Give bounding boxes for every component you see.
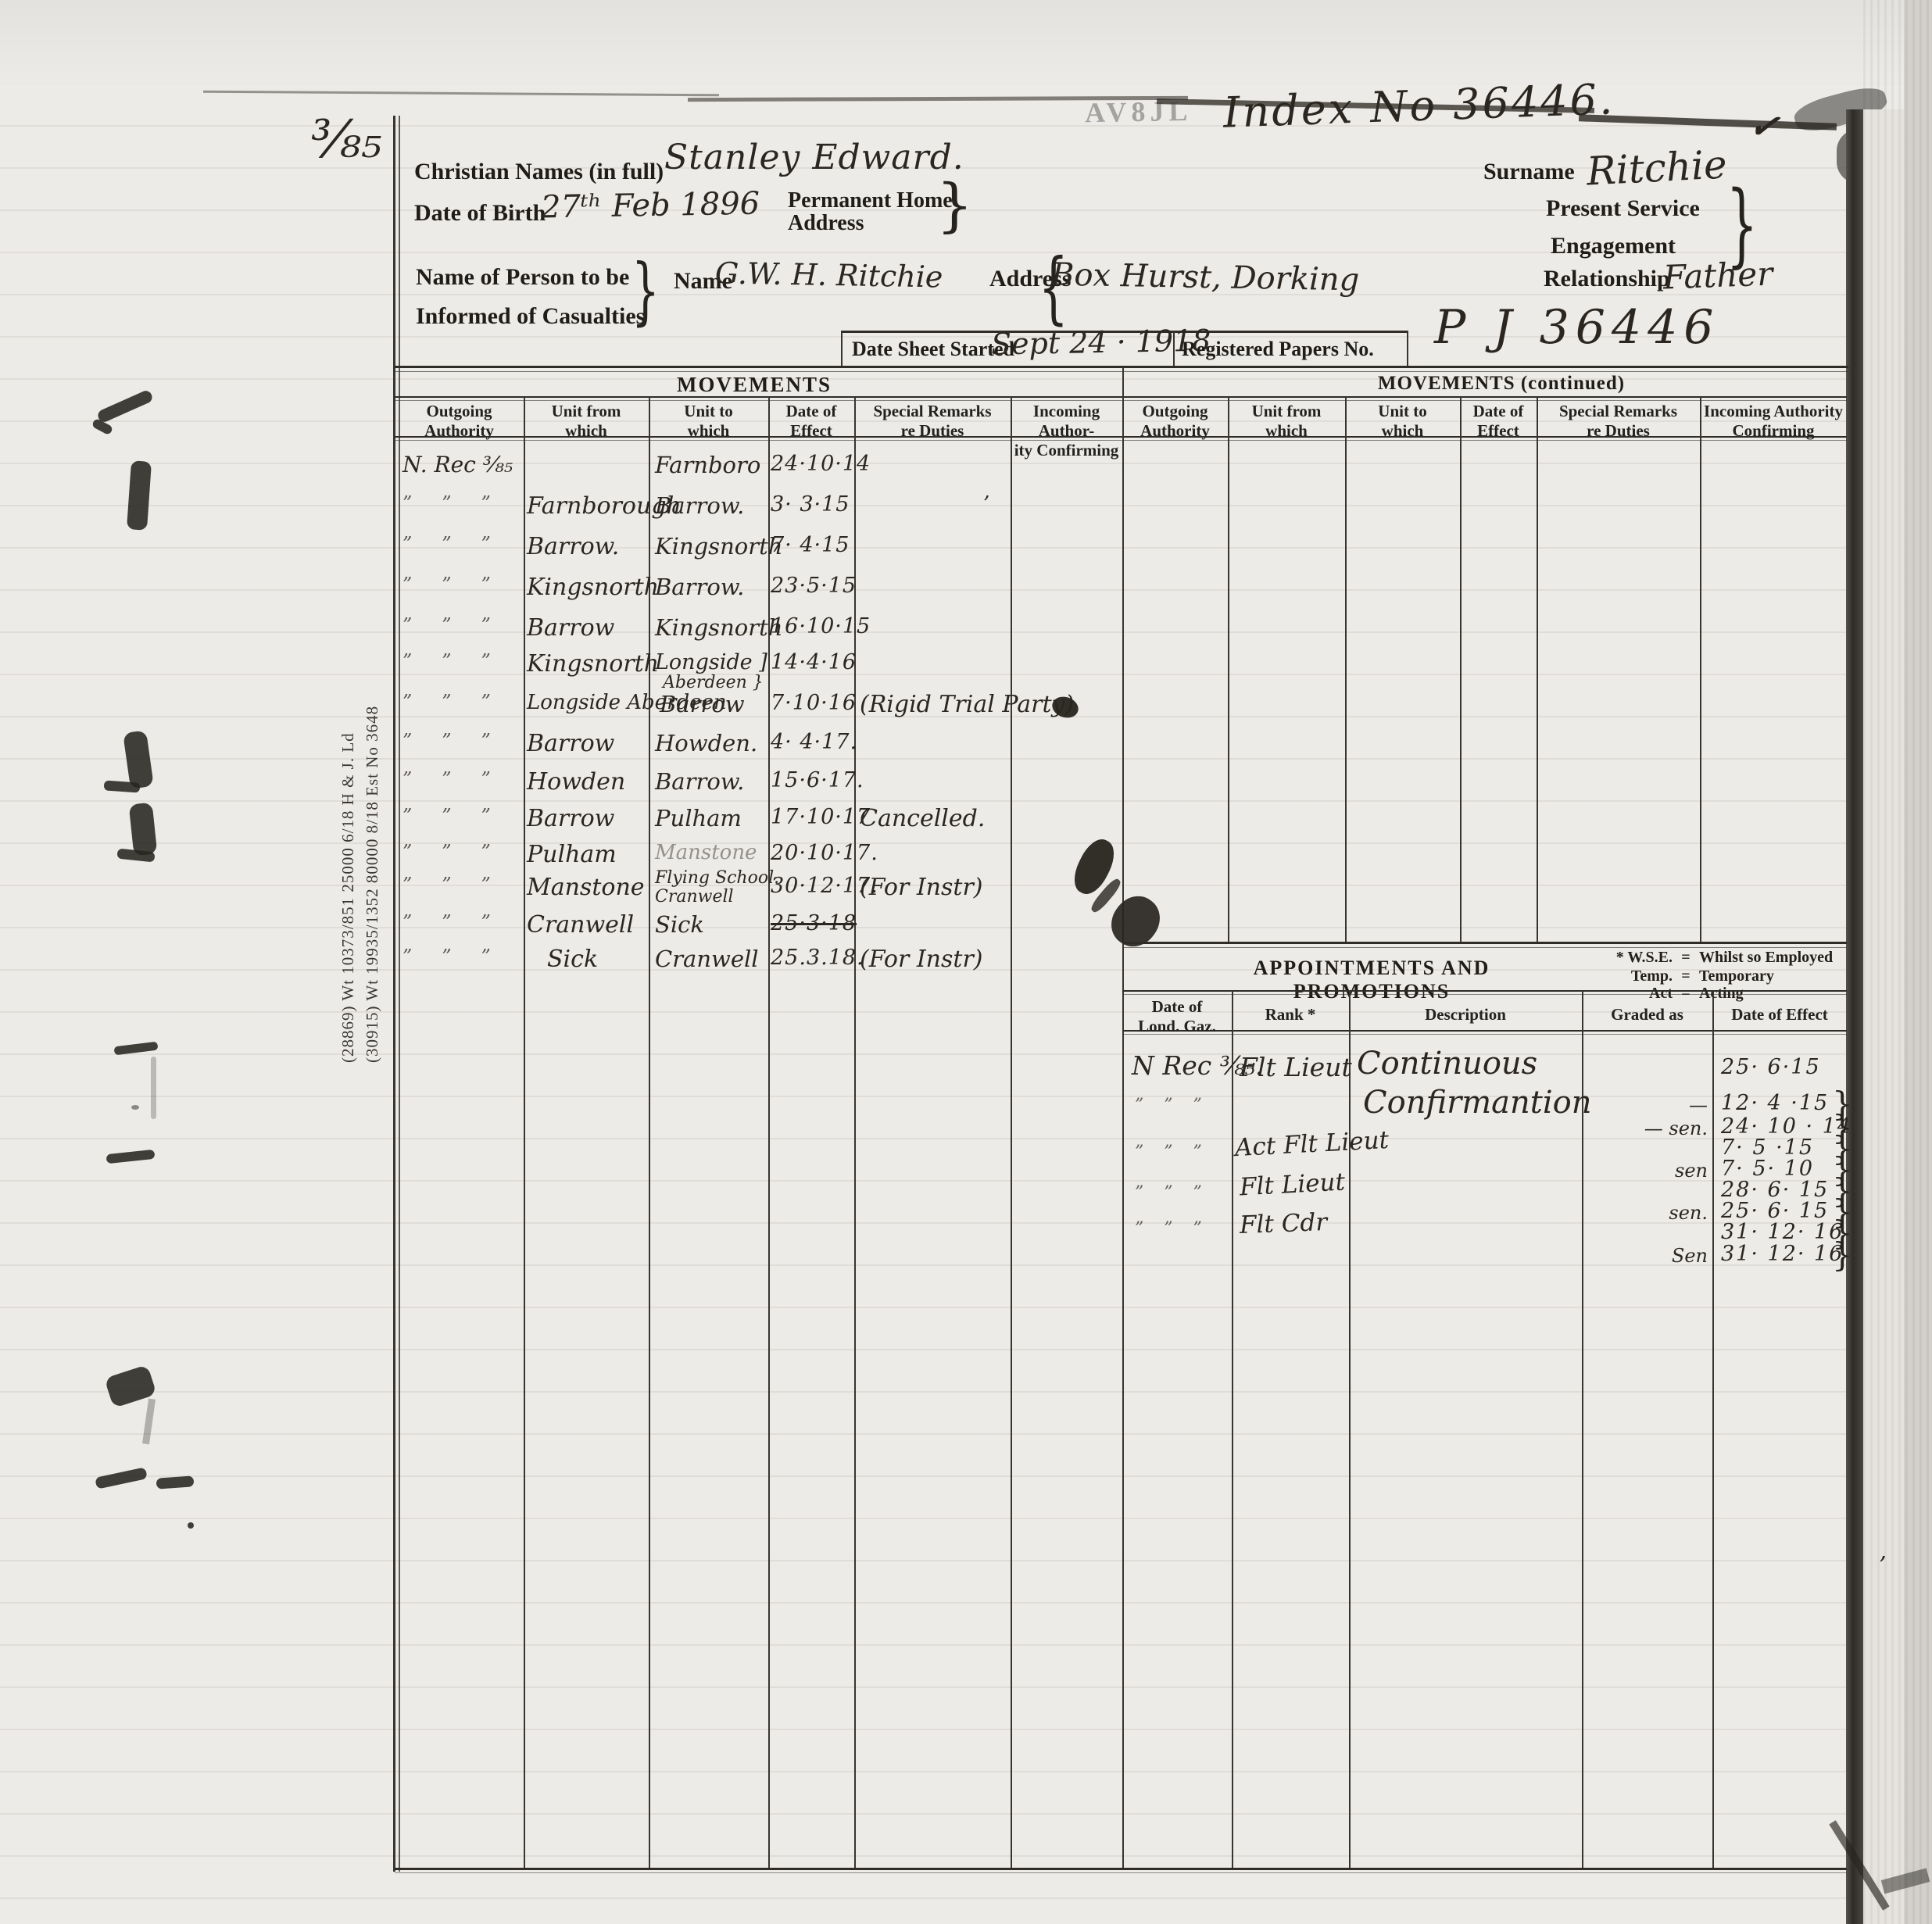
date-sheet-box-left <box>841 331 843 366</box>
printers-imprint-line1: (28869) Wt 10373/851 25000 6/18 H & J. L… <box>336 672 360 1063</box>
table-row: ””” Barrow. Kingsnorth 7· 4·15 <box>0 533 1141 575</box>
table-row: ””” Sick Cranwell 25.3.18. (For Instr) <box>0 946 1141 988</box>
date-of-birth-value: 27ᵗʰ Feb 1896 <box>541 186 760 226</box>
ref-fraction: ³⁄₈₅ <box>311 109 381 170</box>
date-sheet-box-right <box>1407 331 1408 366</box>
header-band-top <box>395 396 1847 398</box>
binding-strip-dark <box>1846 109 1863 1924</box>
date-of-birth-label: Date of Birth <box>414 200 546 227</box>
col-header: OutgoingAuthority <box>395 402 524 441</box>
checkmark-icon: ✓ <box>1746 103 1782 149</box>
left-double-rule-a <box>393 116 395 1872</box>
tables-top-rule <box>395 366 1848 368</box>
col-header: Date ofEffect <box>768 402 854 441</box>
binder-mark <box>156 1475 195 1489</box>
binder-mark <box>96 389 154 424</box>
relationship-label: Relationship <box>1544 266 1670 292</box>
table-row: ””” Kingsnorth Longside ] Aberdeen } 14·… <box>0 650 1141 692</box>
col-line <box>1537 397 1538 942</box>
table-row: ””” Manstone Flying School. Cranwell 30·… <box>0 874 1141 916</box>
table-row: ””” Barrow Howden. 4· 4·17. <box>0 730 1141 772</box>
header-band-top-thin <box>395 400 1847 401</box>
surname-label: Surname <box>1483 159 1575 185</box>
col-header: Unit fromwhich <box>1228 402 1345 441</box>
nok-name-value: G.W. H. Ritchie <box>715 256 943 294</box>
binding-texture <box>1863 0 1932 1924</box>
torn-edge-line <box>203 91 719 97</box>
appointments-top-rule-thin <box>1122 947 1847 948</box>
col-header: Unit towhich <box>1345 402 1460 441</box>
col-line <box>1345 397 1347 942</box>
casualties-label-line1: Name of Person to be <box>416 264 629 291</box>
col-header: Rank * <box>1232 1005 1349 1025</box>
col-header: Incoming AuthorityConfirming <box>1700 402 1847 441</box>
col-header: Graded as <box>1582 1005 1712 1025</box>
faint-stamp: AV8JL <box>1085 95 1193 129</box>
torn-top-band <box>0 0 1932 88</box>
col-header: Special Remarksre Duties <box>1537 402 1700 441</box>
promotion-date-row: Sen31· 12· 16} <box>0 1242 1848 1270</box>
tables-bottom-rule <box>395 1868 1847 1870</box>
col-line <box>1228 397 1229 942</box>
binder-mark <box>114 1042 159 1056</box>
col-header: Date of Effect <box>1712 1005 1847 1025</box>
surname-value: Ritchie <box>1586 141 1728 194</box>
registered-papers-label: Registered Papers No. <box>1182 338 1374 361</box>
appointments-title: APPOINTMENTS AND PROMOTIONS <box>1219 957 1524 1003</box>
left-double-rule-b <box>399 116 400 1872</box>
record-sheet-page: ’ ³⁄₈₅ Index No 36446. AV8JL ✓ Christian… <box>0 0 1932 1924</box>
col-header: Date ofEffect <box>1460 402 1537 441</box>
table-row: ””” Howden Barrow. 15·6·17. <box>0 768 1141 810</box>
permanent-home-address-label: Address <box>788 211 864 236</box>
binder-mark <box>142 1399 156 1445</box>
movements-continued-title: MOVEMENTS (continued) <box>1372 373 1630 395</box>
permanent-home-brace: } <box>936 177 973 234</box>
date-sheet-value: Sept 24 · 1918 <box>991 324 1211 362</box>
appointments-top-rule <box>1122 942 1847 944</box>
christian-names-label: Christian Names (in full) <box>414 159 664 185</box>
legend-row: * W.S.E.=Whilst so Employed <box>1555 949 1833 967</box>
col-header: Unit fromwhich <box>524 402 649 441</box>
registered-papers-value: P J 36446 <box>1434 300 1719 355</box>
stray-apostrophe: ’ <box>1879 1552 1887 1579</box>
binder-mark <box>95 1467 148 1489</box>
legend-row: Temp.=Temporary <box>1555 967 1774 985</box>
date-sheet-label: Date Sheet Started <box>852 338 1014 361</box>
casualties-brace: } <box>631 255 660 328</box>
col-line <box>1700 397 1701 942</box>
table-row: ””” Kingsnorth Barrow. 23·5·15 <box>0 574 1141 616</box>
tables-bottom-rule-thin <box>395 1872 1847 1873</box>
printers-imprint-line2: (30915) Wt 19935/1352 80000 8/18 Est No … <box>360 672 385 1063</box>
relationship-value: Father <box>1662 255 1773 297</box>
nok-address-value: Box Hurst, Dorking <box>1051 257 1360 299</box>
col-header: Description <box>1349 1005 1582 1025</box>
movements-title: MOVEMENTS <box>655 373 853 397</box>
col-line <box>1460 397 1462 942</box>
table-row: ””” Farnborough Barrow. 3· 3·15 ’ <box>0 492 1141 535</box>
engagement-label: Engagement <box>1551 233 1676 259</box>
permanent-home-label: Permanent Home <box>788 188 953 213</box>
col-header: Unit towhich <box>649 402 768 441</box>
table-row: N. Rec ³⁄₈₅ Farnboro 24·10·14 <box>0 452 1141 494</box>
present-service-label: Present Service <box>1546 195 1700 222</box>
binder-mark <box>188 1522 194 1529</box>
col-header: Date ofLond. Gaz. <box>1122 997 1232 1036</box>
tables-top-rule-thin <box>395 371 1848 372</box>
promotion-date-row: 25· 6·15 <box>0 1055 1848 1083</box>
col-header: OutgoingAuthority <box>1122 402 1228 441</box>
col-header: Special Remarksre Duties <box>854 402 1011 441</box>
christian-names-value: Stanley Edward. <box>664 138 964 177</box>
printers-imprint: (28869) Wt 10373/851 25000 6/18 H & J. L… <box>336 672 386 1063</box>
table-row: ””” Longside Aberdeen. Barrow 7·10·16 (R… <box>0 691 1141 733</box>
casualties-label-line2: Informed of Casualties <box>416 303 645 330</box>
